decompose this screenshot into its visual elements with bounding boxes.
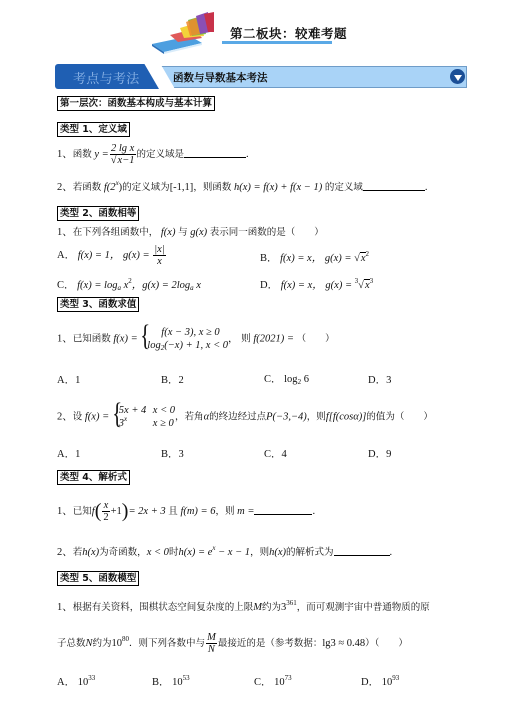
option-c[interactable]: C． 1073 (254, 674, 292, 689)
banner: 第二板块：较难考题 (150, 10, 370, 55)
option-a[interactable]: A．1 (57, 446, 80, 461)
banner-title: 第二板块：较难考题 (230, 24, 347, 42)
type-1-heading: 类型 1、定义域 (57, 122, 130, 137)
type-2-heading: 类型 2、函数相等 (57, 206, 139, 221)
option-b[interactable]: B．2 (161, 372, 184, 387)
option-b[interactable]: B．3 (161, 446, 184, 461)
option-a[interactable]: A．1 (57, 372, 80, 387)
type-5-heading: 类型 5、函数模型 (57, 571, 139, 586)
section-header-bar: 考点与考法 函数与导数基本考法 (55, 64, 469, 89)
banner-underline (222, 41, 332, 44)
level-heading: 第一层次：函数基本构成与基本计算 (57, 96, 215, 111)
piecewise-function: f(x − 3), x ≥ 0 log2(−x) + 1, x < 0 (140, 326, 228, 352)
type-4-question-2: 2、若h(x)为奇函数，x < 0时h(x) = ex − x − 1，则h(x… (57, 544, 392, 559)
answer-blank[interactable] (334, 546, 390, 556)
type-4-question-1: 1、已知f(x2+1)= 2x + 3 且 f(m) = 6，则 m =. (57, 500, 315, 523)
answer-blank[interactable] (254, 505, 312, 515)
answer-blank[interactable] (363, 181, 425, 191)
option-c[interactable]: C． f(x) = loga x2，g(x) = 2loga x (57, 277, 201, 292)
books-icon (150, 10, 228, 54)
type-1-question-2: 2、若函数 f(2x)的定义域为[-1,1]，则函数 h(x) = f(x) +… (57, 179, 428, 194)
option-a[interactable]: A． 1033 (57, 674, 95, 689)
type-4-heading: 类型 4、解析式 (57, 470, 130, 485)
section-tab-label: 考点与考法 (73, 68, 140, 87)
option-d[interactable]: D．3 (368, 372, 391, 387)
option-c[interactable]: C． log2 6 (264, 371, 309, 386)
answer-blank[interactable] (184, 148, 246, 158)
type-2-question-1: 1、在下列各组函数中， f(x) 与 g(x) 表示同一函数的是（ ） (57, 224, 324, 239)
section-title: 函数与导数基本考法 (173, 70, 268, 85)
piecewise-function: 5x + 4x < 0 3xx ≥ 0 (112, 404, 175, 430)
type-1-question-1: 1、函数 y =2 lg x√x−1的定义域是. (57, 143, 249, 166)
option-c[interactable]: C．4 (264, 446, 287, 461)
option-d[interactable]: D． f(x) = x， g(x) = 3√x3 (260, 277, 373, 292)
option-a[interactable]: A． f(x) = 1， g(x) = |x|x (57, 244, 167, 267)
option-d[interactable]: D．9 (368, 446, 391, 461)
type-3-question-2: 2、设 f(x) = 5x + 4x < 0 3xx ≥ 0 ，若角α的终边经过… (57, 404, 433, 430)
type-5-question-1-line-2: 子总数N约为1080．则下列各数中与MN最接近的是（参考数据：lg3 ≈ 0.4… (57, 632, 408, 655)
option-b[interactable]: B． 1053 (152, 674, 190, 689)
option-d[interactable]: D． 1093 (361, 674, 399, 689)
dropdown-circle-icon[interactable] (450, 69, 465, 84)
type-3-heading: 类型 3、函数求值 (57, 297, 139, 312)
type-3-question-1: 1、已知函数 f(x) = f(x − 3), x ≥ 0 log2(−x) +… (57, 326, 335, 352)
fraction: 2 lg x√x−1 (110, 143, 136, 166)
option-b[interactable]: B． f(x) = x， g(x) = √x2 (260, 250, 369, 265)
type-5-question-1-line-1: 1、根据有关资料，围棋状态空间复杂度的上限M约为3361，而可观测宇宙中普通物质… (57, 599, 430, 614)
